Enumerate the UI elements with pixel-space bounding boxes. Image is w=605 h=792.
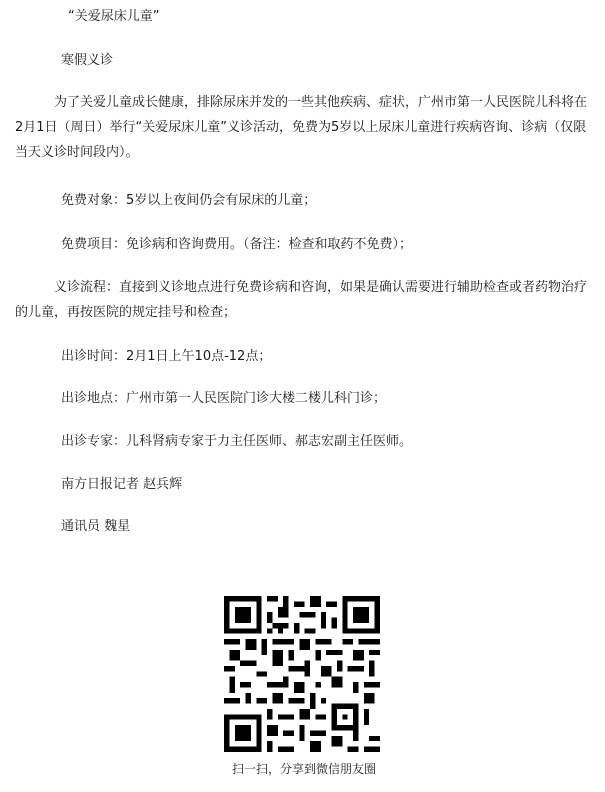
free-items: 免费项目：免诊病和咨询费用。（备注：检查和取药不免费）； <box>61 236 412 254</box>
qr-code-icon[interactable] <box>224 596 380 752</box>
subheading: 寒假义诊 <box>61 52 113 70</box>
heading-quote: “关爱尿床儿童” <box>68 8 159 26</box>
correspondent: 通讯员 魏星 <box>61 518 130 536</box>
share-caption: 扫一扫，分享到微信朋友圈 <box>224 760 384 777</box>
clinic-time: 出诊时间：2月1日上午10点-12点； <box>61 348 271 366</box>
reporter: 南方日报记者 赵兵辉 <box>61 476 182 494</box>
clinic-experts: 出诊专家：儿科肾病专家于力主任医师、郝志宏副主任医师。 <box>61 433 412 451</box>
free-target: 免费对象：5岁以上夜间仍会有尿床的儿童； <box>61 192 316 210</box>
intro-paragraph: 为了关爱儿童成长健康，排除尿床并发的一些其他疾病、症状，广州市第一人民医院儿科将… <box>15 90 595 165</box>
clinic-location: 出诊地点：广州市第一人民医院门诊大楼二楼儿科门诊； <box>61 390 386 408</box>
process-paragraph: 义诊流程：直接到义诊地点进行免费诊病和咨询，如果是确认需要进行辅助检查或者药物治… <box>15 275 595 325</box>
